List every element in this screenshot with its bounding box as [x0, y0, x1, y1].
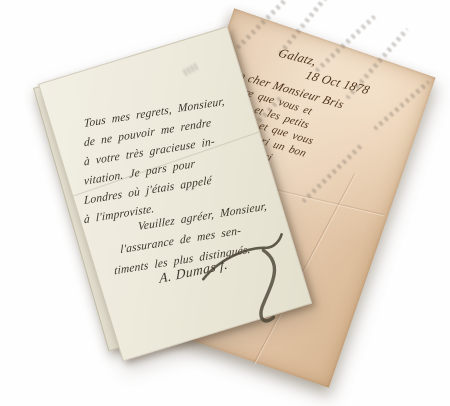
- ghost-writing-mark: [373, 80, 431, 131]
- photo-stage: Galatz, 18 Oct 1878 Mon cher Monsieur Br…: [0, 0, 450, 406]
- ghost-writing-mark: [236, 0, 289, 50]
- tan-letter-place: Galatz,: [276, 46, 319, 68]
- pencil-mark: [183, 62, 200, 76]
